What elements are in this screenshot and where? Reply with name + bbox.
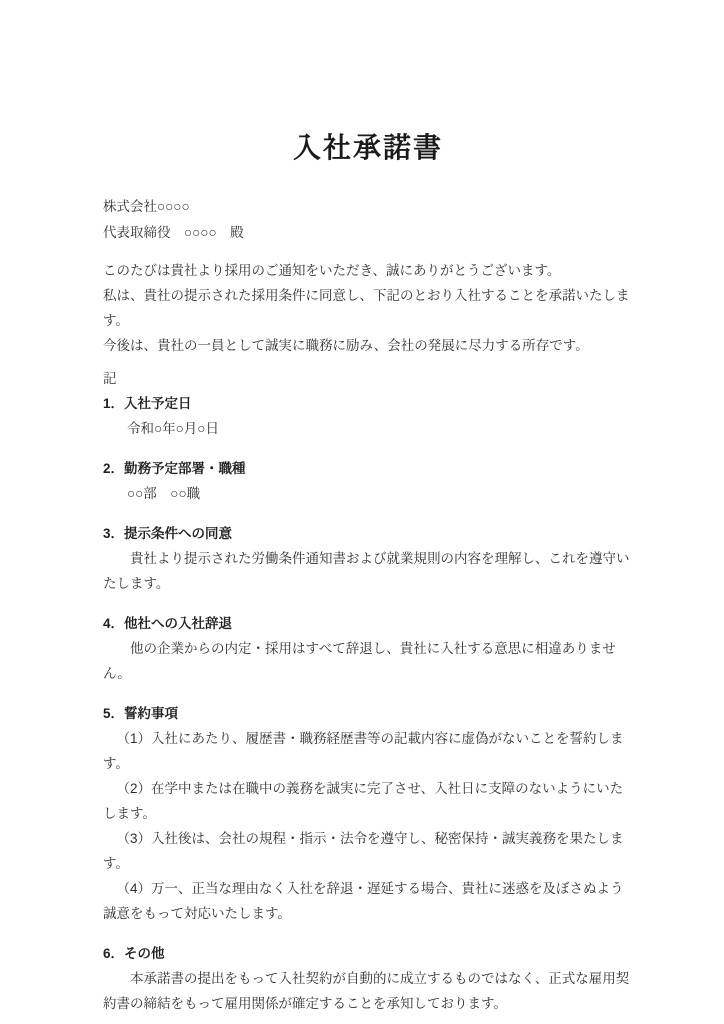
intro-paragraph: 私は、貴社の提示された採用条件に同意し、下記のとおり入社することを承諾いたします… [103, 283, 633, 333]
section-heading: 6．その他 [103, 941, 633, 966]
section-body-line: 本承諾書の提出をもって入社契約が自動的に成立するものではなく、正式な雇用契約書の… [103, 966, 633, 1016]
section-body-line: 令和○年○月○日 [103, 416, 633, 441]
section-body-line: （1）入社にあたり、履歴書・職務経歴書等の記載内容に虚偽がないことを誓約します。 [103, 726, 633, 776]
section-body-line: 貴社より提示された労働条件通知書および就業規則の内容を理解し、これを遵守いたしま… [103, 546, 633, 596]
recipient-block: 株式会社○○○○ 代表取締役 ○○○○ 殿 [103, 194, 633, 246]
section: 3．提示条件への同意貴社より提示された労働条件通知書および就業規則の内容を理解し… [103, 521, 633, 596]
section: 1．入社予定日令和○年○月○日 [103, 391, 633, 441]
section-heading: 2．勤務予定部署・職種 [103, 456, 633, 481]
section: 5．誓約事項（1）入社にあたり、履歴書・職務経歴書等の記載内容に虚偽がないことを… [103, 701, 633, 926]
sections: 1．入社予定日令和○年○月○日2．勤務予定部署・職種○○部 ○○職3．提示条件へ… [103, 391, 633, 1016]
section-body-line: （2）在学中または在職中の義務を誠実に完了させ、入社日に支障のないようにいたしま… [103, 776, 633, 826]
section: 2．勤務予定部署・職種○○部 ○○職 [103, 456, 633, 506]
section-body-line: （4）万一、正当な理由なく入社を辞退・遅延する場合、貴社に迷惑を及ぼさぬよう誠意… [103, 876, 633, 926]
section-heading: 1．入社予定日 [103, 391, 633, 416]
page-title: 入社承諾書 [103, 130, 633, 166]
intro-paragraph: 今後は、貴社の一員として誠実に職務に励み、会社の発展に尽力する所存です。 [103, 333, 633, 358]
section-heading: 5．誓約事項 [103, 701, 633, 726]
section-body-line: 他の企業からの内定・採用はすべて辞退し、貴社に入社する意思に相違ありません。 [103, 636, 633, 686]
record-marker: 記 [103, 366, 633, 391]
section-body-line: ○○部 ○○職 [103, 481, 633, 506]
intro-paragraph: このたびは貴社より採用のご通知をいただき、誠にありがとうございます。 [103, 258, 633, 283]
intro-paragraphs: このたびは貴社より採用のご通知をいただき、誠にありがとうございます。私は、貴社の… [103, 258, 633, 358]
recipient-addressee: 代表取締役 ○○○○ 殿 [103, 220, 633, 246]
document-page: 入社承諾書 株式会社○○○○ 代表取締役 ○○○○ 殿 このたびは貴社より採用の… [0, 0, 724, 1024]
section-body-line: （3）入社後は、会社の規程・指示・法令を遵守し、秘密保持・誠実義務を果たします。 [103, 826, 633, 876]
section-heading: 4．他社への入社辞退 [103, 611, 633, 636]
section: 6．その他本承諾書の提出をもって入社契約が自動的に成立するものではなく、正式な雇… [103, 941, 633, 1016]
section: 4．他社への入社辞退他の企業からの内定・採用はすべて辞退し、貴社に入社する意思に… [103, 611, 633, 686]
recipient-company: 株式会社○○○○ [103, 194, 633, 220]
section-heading: 3．提示条件への同意 [103, 521, 633, 546]
